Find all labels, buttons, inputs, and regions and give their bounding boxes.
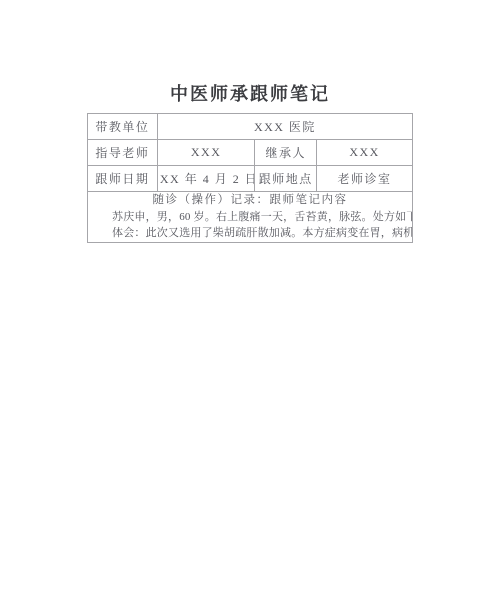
follow-location-label: 跟师地点 (255, 166, 317, 192)
follow-date-value: XX 年 4 月 2 日 (157, 166, 255, 192)
teaching-unit-value: XXX 医院 (157, 114, 412, 140)
supervising-teacher-label: 指导老师 (88, 140, 158, 166)
inheritor-label: 继承人 (255, 140, 317, 166)
table-row-record: 随诊（操作）记录：跟师笔记内容 苏庆申，男，60 岁。右上腹痛一天，舌苔黄，脉弦… (88, 192, 413, 243)
record-heading: 随诊（操作）记录：跟师笔记内容 (90, 192, 410, 209)
table-row-teaching-unit: 带教单位 XXX 医院 (88, 114, 413, 140)
table-row-date-location: 跟师日期 XX 年 4 月 2 日 跟师地点 老师诊室 (88, 166, 413, 192)
teaching-unit-label: 带教单位 (88, 114, 158, 140)
inheritor-value: XXX (317, 140, 413, 166)
follow-date-label: 跟师日期 (88, 166, 158, 192)
supervising-teacher-value: XXX (157, 140, 255, 166)
table-row-teacher: 指导老师 XXX 继承人 XXX (88, 140, 413, 166)
document-page: 中医师承跟师笔记 带教单位 XXX 医院 指导老师 XXX 继承人 XXX 跟师… (0, 0, 500, 602)
info-table: 带教单位 XXX 医院 指导老师 XXX 继承人 XXX 跟师日期 XX 年 4… (87, 113, 413, 243)
follow-location-value: 老师诊室 (317, 166, 413, 192)
record-paragraph-reflection: 体会：此次又选用了柴胡疏肝散加减。本方症病变在胃，病机在肝、脾、胃。脾胃居于中焦… (90, 225, 410, 241)
record-content-cell: 随诊（操作）记录：跟师笔记内容 苏庆申，男，60 岁。右上腹痛一天，舌苔黄，脉弦… (88, 192, 413, 243)
page-title: 中医师承跟师笔记 (0, 0, 500, 106)
record-paragraph-case: 苏庆申，男，60 岁。右上腹痛一天，舌苔黄，脉弦。处方如下：柴胡、白芍、香附、元… (90, 209, 410, 225)
